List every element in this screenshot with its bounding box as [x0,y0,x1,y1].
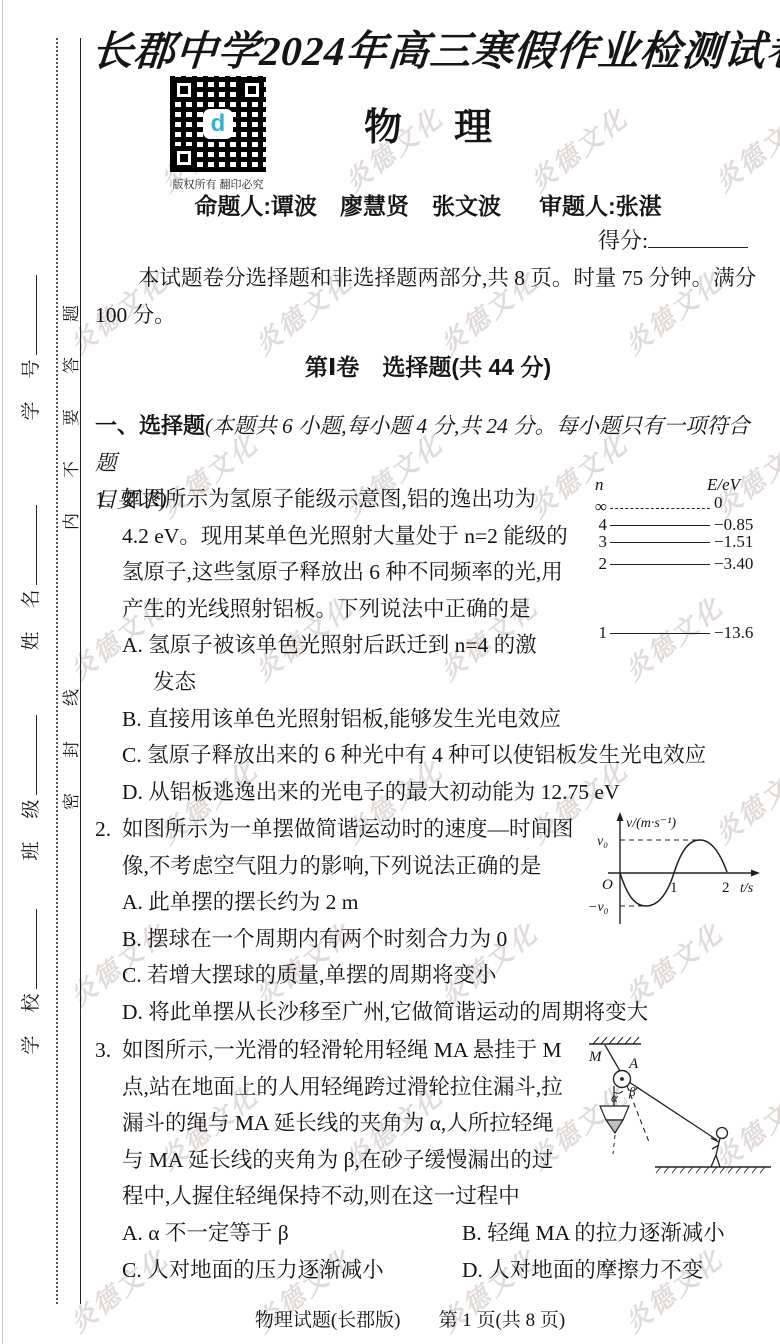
suspension-rope [605,1045,620,1071]
page-edge-line [2,0,3,1344]
name-blank [18,506,37,586]
student-id-label: 学 号 [21,358,42,421]
option-c: C. 氢原子释放出来的 6 种光中有 4 种可以使铝板发生光电效应 [122,737,765,774]
school-blank [18,910,37,990]
setters-line: 命题人:谭波 廖慧贤 张文波审题人:张湛 [92,188,764,221]
question-number: 3. [95,1032,111,1069]
intro-line: 本试题卷分选择题和非选择题两部分,共 8 页。时量 75 分钟。满分 [95,260,765,297]
student-id-field: 学 号 [16,248,44,448]
seal-notice-upper: 内 不 要 答 题 [57,310,79,530]
x-axis-label: t/s [740,881,754,896]
option-row: A. α 不一定等于 β B. 轻绳 MA 的拉力逐渐减小 [122,1215,765,1252]
score-label: 得分: [598,228,648,253]
vmax-label: v₀ [597,834,608,849]
level-line [610,564,710,565]
pulley-figure: M A α β [583,1034,778,1179]
energy-level-figure: n E/eV ∞ 0 4 −0.85 3 −1.51 2 −3.40 [583,477,775,657]
level-value: −1.51 [714,532,753,552]
funnel-spout [606,1120,623,1133]
school-field: 学 校 [16,882,44,1082]
level-value: −13.6 [714,623,753,643]
person-leg [716,1155,720,1167]
y-axis-label: v/(m·s⁻¹) [626,816,676,831]
exam-paper-page: 炎德文化炎德文化炎德文化炎德文化炎德文化炎德文化炎德文化炎德文化炎德文化炎德文化… [0,0,780,1344]
y-axis-arrow-icon [617,812,624,821]
option-d: D. 将此单摆从长沙移至广州,它做简谐运动的周期将变大 [122,994,765,1031]
pulling-rope [629,1082,717,1140]
score-line: 得分: [598,224,748,255]
option-a-wrap: 发态 [153,664,765,701]
level-n: 2 [585,554,607,574]
part-heading-bold: 一、选择题 [95,413,205,438]
class-blank [18,716,37,796]
level-line [610,525,710,526]
level-n: ∞ [585,497,607,517]
x-axis-arrow-icon [751,870,760,877]
seal-solid-line [80,38,81,1304]
pulley-axle [620,1077,624,1081]
paper-title: 长郡中学2024年高三寒假作业检测试卷 [90,18,766,77]
level-n: 1 [585,623,607,643]
ground-hatch [656,1167,765,1173]
person-head [717,1128,728,1139]
name-field: 姓 名 [16,478,44,678]
option-c: C. 人对地面的压力逐渐减小 [122,1252,462,1289]
energy-e-header: E/eV [707,475,740,495]
part-heading-line: 一、选择题(本题共 6 小题,每小题 4 分,共 24 分。每小题只有一项符合题 [95,407,765,482]
class-field: 班 级 [16,688,44,888]
score-blank [648,227,748,248]
point-m-label: M [588,1049,603,1065]
name-label: 姓 名 [21,588,42,651]
subject-title: 物理 [92,96,764,151]
option-c: C. 若增大摆球的质量,单摆的周期将变小 [122,957,765,994]
question-number: 2. [95,811,111,848]
level-line [610,633,710,634]
ceiling-hatch [593,1037,639,1044]
option-d: D. 人对地面的摩擦力不变 [462,1252,703,1289]
intro-line: 100 分。 [95,297,765,334]
vmin-label: −v₀ [588,900,609,915]
question-line: 程中,人握住轻绳保持不动,则在这一过程中 [122,1178,765,1215]
funnel-body [600,1106,629,1120]
energy-n-header: n [595,475,604,495]
option-a: A. α 不一定等于 β [122,1215,462,1252]
student-id-blank [18,276,37,356]
tick-2: 2 [722,880,730,896]
person-figure [711,1128,728,1168]
origin-label: O [602,877,613,893]
level-value: 0 [714,493,723,513]
level-line-dashed [610,508,710,509]
level-n: 3 [585,532,607,552]
class-label: 班 级 [21,798,42,861]
tick-1: 1 [670,880,678,896]
point-a-label: A [628,1056,639,1072]
reviewer-label: 审题人:张湛 [539,193,662,219]
velocity-time-graph: v/(m·s⁻¹) O v₀ −v₀ 1 2 t/s [588,810,778,932]
page-footer: 物理试题(长郡版) 第 1 页(共 8 页) [75,1305,745,1332]
option-b: B. 直接用该单色光照射铝板,能够发生光电效应 [122,701,765,738]
sand-stream-dashed [613,1135,615,1154]
option-row: C. 人对地面的压力逐渐减小 D. 人对地面的摩擦力不变 [122,1252,765,1289]
person-leg [711,1155,716,1167]
setters-label: 命题人:谭波 廖慧贤 张文波 [194,193,501,219]
section-title: 第Ⅰ卷 选择题(共 44 分) [92,349,764,382]
question-number: 1. [95,481,111,518]
exam-intro: 本试题卷分选择题和非选择题两部分,共 8 页。时量 75 分钟。满分 100 分… [95,260,765,334]
school-label: 学 校 [21,992,42,1055]
option-b: B. 轻绳 MA 的拉力逐渐减小 [462,1215,725,1252]
seal-notice-lower: 密 封 线 [57,665,79,825]
level-line [610,542,710,543]
level-value: −3.40 [714,554,753,574]
option-d: D. 从铝板逃逸出来的光电子的最大初动能为 12.75 eV [122,774,765,811]
